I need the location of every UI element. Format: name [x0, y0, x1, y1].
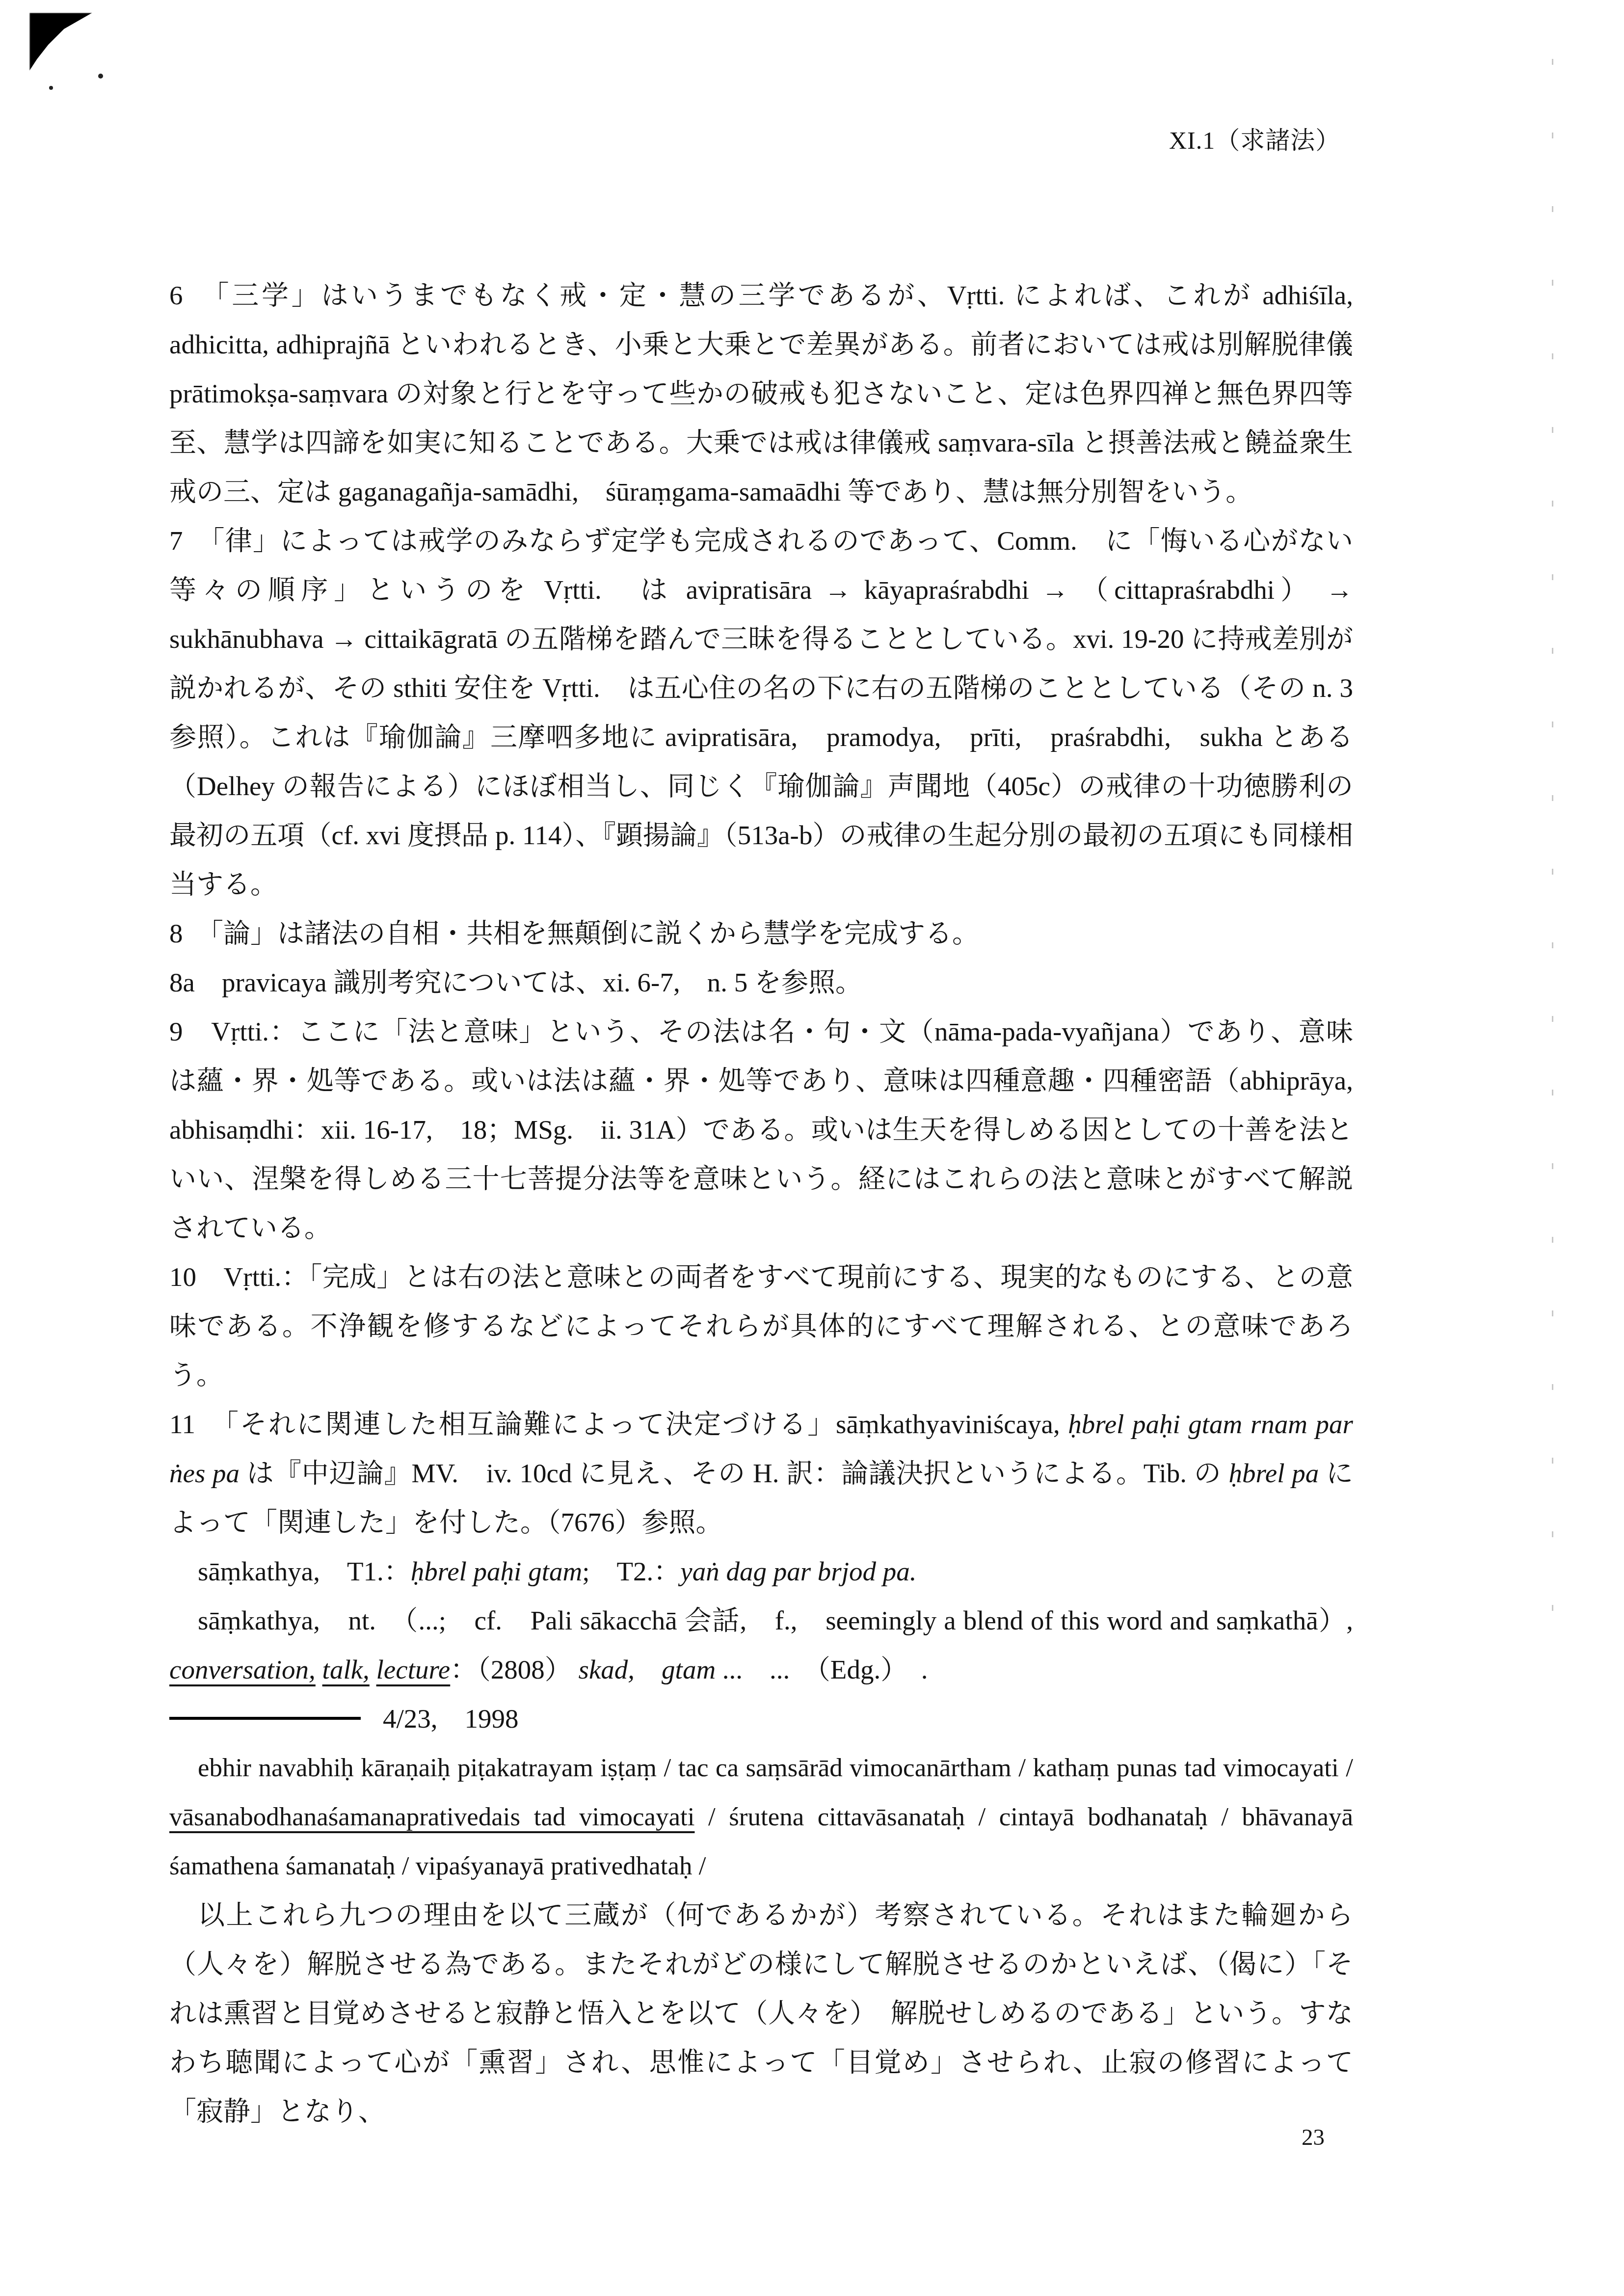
- divider-rule: [169, 1717, 361, 1720]
- scan-speck: [98, 74, 103, 79]
- note-11-text: は『中辺論』MV. iv. 10cd に見え、その H. 訳：論議決択というによ…: [240, 1458, 1228, 1488]
- samkathya-dictionary-entry: sāṃkathya, nt. （...; cf. Pali sākacchā 会…: [169, 1596, 1353, 1694]
- note-8: 8 「論」は諸法の自相・共相を無顛倒に説くから慧学を完成する。: [169, 909, 1353, 958]
- note-10: 10 Vṛtti.：「完成」とは右の法と意味との両者をすべて現前にする、現実的な…: [169, 1253, 1353, 1400]
- sanskrit-text: ebhir navabhiḥ kāraṇaiḥ piṭakatrayam iṣṭ…: [198, 1754, 1353, 1782]
- page-header-section: XI.1（求諸法）: [1169, 121, 1340, 156]
- date-divider-line: 4/23, 1998: [169, 1694, 1353, 1743]
- samkathya-label: sāṃkathya, T1.：: [198, 1556, 411, 1586]
- note-7: 7 「律」によっては戒学のみならず定学も完成されるのであって、Comm. に「悔…: [169, 516, 1353, 909]
- entry-text: [316, 1655, 322, 1684]
- sanskrit-underlined-phrase: vāsanabodhanaśamanaprativedais tad vimoc…: [169, 1803, 694, 1831]
- note-9: 9 Vṛtti.：ここに「法と意味」という、その法は名・句・文（nāma-pad…: [169, 1007, 1353, 1253]
- gloss-word: talk,: [322, 1655, 370, 1684]
- tibetan-phrase: skad, gtam: [572, 1655, 716, 1684]
- entry-text: sāṃkathya, nt. （...; cf. Pali sākacchā 会…: [198, 1605, 1353, 1635]
- samkathya-separator: ; T2.：: [582, 1556, 680, 1586]
- gloss-word: lecture: [376, 1655, 451, 1684]
- gloss-word: conversation,: [169, 1655, 316, 1684]
- note-11: 11 「それに関連した相互論難によって決定づける」sāṃkathyaviniśc…: [169, 1400, 1353, 1547]
- note-11-text: 11 「それに関連した相互論難によって決定づける」sāṃkathyaviniśc…: [169, 1409, 1068, 1439]
- tibetan-phrase: ḥbrel paḥi gtam: [411, 1556, 582, 1586]
- notes-body: 6 「三学」はいうまでもなく戒・定・慧の三学であるが、Vṛtti. によれば、こ…: [169, 271, 1353, 2136]
- date-text: 4/23, 1998: [383, 1704, 519, 1734]
- scan-speck: [49, 86, 53, 90]
- scan-binding-artifact: [1552, 59, 1553, 1659]
- entry-text: [370, 1655, 376, 1684]
- entry-text: ：（2808）: [450, 1655, 572, 1684]
- entry-text: ... ... （Edg.） .: [716, 1655, 928, 1684]
- scan-corner-artifact: [29, 13, 92, 71]
- document-page: XI.1（求諸法） 6 「三学」はいうまでもなく戒・定・慧の三学であるが、Vṛt…: [0, 0, 1624, 2296]
- tibetan-phrase: yaṅ dag par brjod pa.: [680, 1556, 916, 1586]
- note-8a: 8a pravicaya 識別考究については、xi. 6-7, n. 5 を参照…: [169, 958, 1353, 1007]
- samkathya-translations-line: sāṃkathya, T1.：ḥbrel paḥi gtam; T2.：yaṅ …: [169, 1547, 1353, 1596]
- note-6: 6 「三学」はいうまでもなく戒・定・慧の三学であるが、Vṛtti. によれば、こ…: [169, 271, 1353, 516]
- page-number: 23: [1302, 2124, 1325, 2151]
- sanskrit-quotation: ebhir navabhiḥ kāraṇaiḥ piṭakatrayam iṣṭ…: [169, 1743, 1353, 1891]
- closing-translation-paragraph: 以上これら九つの理由を以て三蔵が（何であるかが）考察されている。それはまた輪廻か…: [169, 1891, 1353, 2136]
- tibetan-phrase: ḥbrel pa: [1228, 1458, 1319, 1488]
